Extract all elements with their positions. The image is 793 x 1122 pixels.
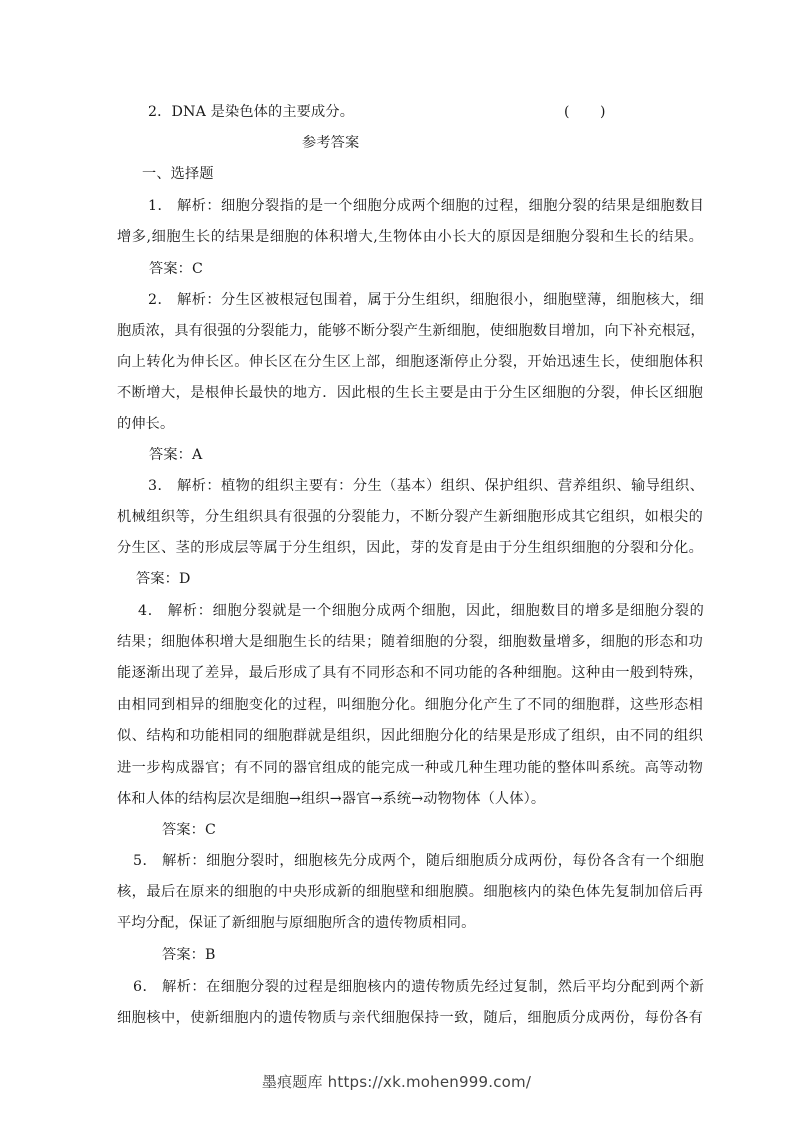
item-5-line-2: 核，最后在原来的细胞的中央形成新的细胞壁和细胞膜。细胞核内的染色体先复制加倍后再 <box>117 883 703 901</box>
item-5-line-1: 5． 解析：细胞分裂时，细胞核先分成两个，随后细胞质分成两份，每份各含有一个细胞 <box>133 852 704 870</box>
answer-paren-right: ) <box>600 103 605 121</box>
item-3-line-2: 机械组织等，分生组织具有很强的分裂能力，不断分裂产生新细胞形成其它组织，如根尖的 <box>117 508 703 526</box>
item-4-answer: 答案：C <box>162 821 216 839</box>
item-4-line-7: 体和人体的结构层次是细胞→组织→器官→系统→动物物体（人体）。 <box>117 790 545 808</box>
answer-key-title: 参考答案 <box>302 134 359 152</box>
item-4-line-1: 4． 解析：细胞分裂就是一个细胞分成两个细胞，因此，细胞数目的增多是细胞分裂的 <box>138 602 704 620</box>
answer-paren-left: ( <box>564 103 569 121</box>
question-2-text: 2．DNA 是染色体的主要成分。 <box>148 103 354 121</box>
item-3-line-1: 3． 解析：植物的组织主要有：分生（基本）组织、保护组织、营养组织、输导组织、 <box>148 477 704 495</box>
item-4-line-4: 由相同到相异的细胞变化的过程，叫细胞分化。细胞分化产生了不同的细胞群，这些形态相 <box>117 696 703 714</box>
item-2-line-1: 2． 解析：分生区被根冠包围着，属于分生组织，细胞很小，细胞壁薄，细胞核大，细 <box>148 291 704 309</box>
item-1-line-1: 1． 解析：细胞分裂指的是一个细胞分成两个细胞的过程，细胞分裂的结果是细胞数目 <box>148 197 704 215</box>
item-5-answer: 答案：B <box>162 946 216 964</box>
item-5-line-3: 平均分配，保证了新细胞与原细胞所含的遗传物质相同。 <box>117 914 475 932</box>
item-2-line-3: 向上转化为伸长区。伸长区在分生区上部，细胞逐渐停止分裂，开始迅速生长，使细胞体积 <box>117 353 703 371</box>
item-1-line-2: 增多,细胞生长的结果是细胞的体积增大,生物体由小长大的原因是细胞分裂和生长的结果… <box>117 228 703 246</box>
item-4-line-3: 能逐渐出现了差异，最后形成了具有不同形态和不同功能的各种细胞。这种由一般到特殊， <box>117 664 703 682</box>
item-1-answer: 答案：C <box>149 260 203 278</box>
item-6-line-2: 细胞核中，使新细胞内的遗传物质与亲代细胞保持一致，随后，细胞质分成两份，每份各有 <box>117 1009 703 1027</box>
document-page: 2．DNA 是染色体的主要成分。 ( ) 参考答案 一、选择题 1． 解析：细胞… <box>0 0 793 1122</box>
item-3-line-3: 分生区、茎的形成层等属于分生组织，因此，芽的发育是由于分生组织细胞的分裂和分化。 <box>117 539 703 557</box>
section-title: 一、选择题 <box>142 165 214 183</box>
item-4-line-5: 似、结构和功能相同的细胞群就是组织，因此细胞分化的结果是形成了组织，由不同的组织 <box>117 727 703 745</box>
footer-watermark: 墨痕题库 https://xk.mohen999.com/ <box>0 1071 793 1092</box>
item-3-answer: 答案：D <box>136 570 191 588</box>
item-4-line-2: 结果；细胞体积增大是细胞生长的结果；随着细胞的分裂，细胞数量增多，细胞的形态和功 <box>117 633 703 651</box>
item-4-line-6: 进一步构成器官；有不同的器官组成的能完成一种或几种生理功能的整体叫系统。高等动物 <box>117 759 703 777</box>
item-2-answer: 答案：A <box>149 446 202 464</box>
item-6-line-1: 6． 解析：在细胞分裂的过程是细胞核内的遗传物质先经过复制，然后平均分配到两个新 <box>133 978 704 996</box>
item-2-line-2: 胞质浓，具有很强的分裂能力，能够不断分裂产生新细胞，使细胞数目增加，向下补充根冠… <box>117 322 703 340</box>
item-2-line-5: 的伸长。 <box>117 415 174 433</box>
item-2-line-4: 不断增大，是根伸长最快的地方．因此根的生长主要是由于分生区细胞的分裂，伸长区细胞 <box>117 384 703 402</box>
